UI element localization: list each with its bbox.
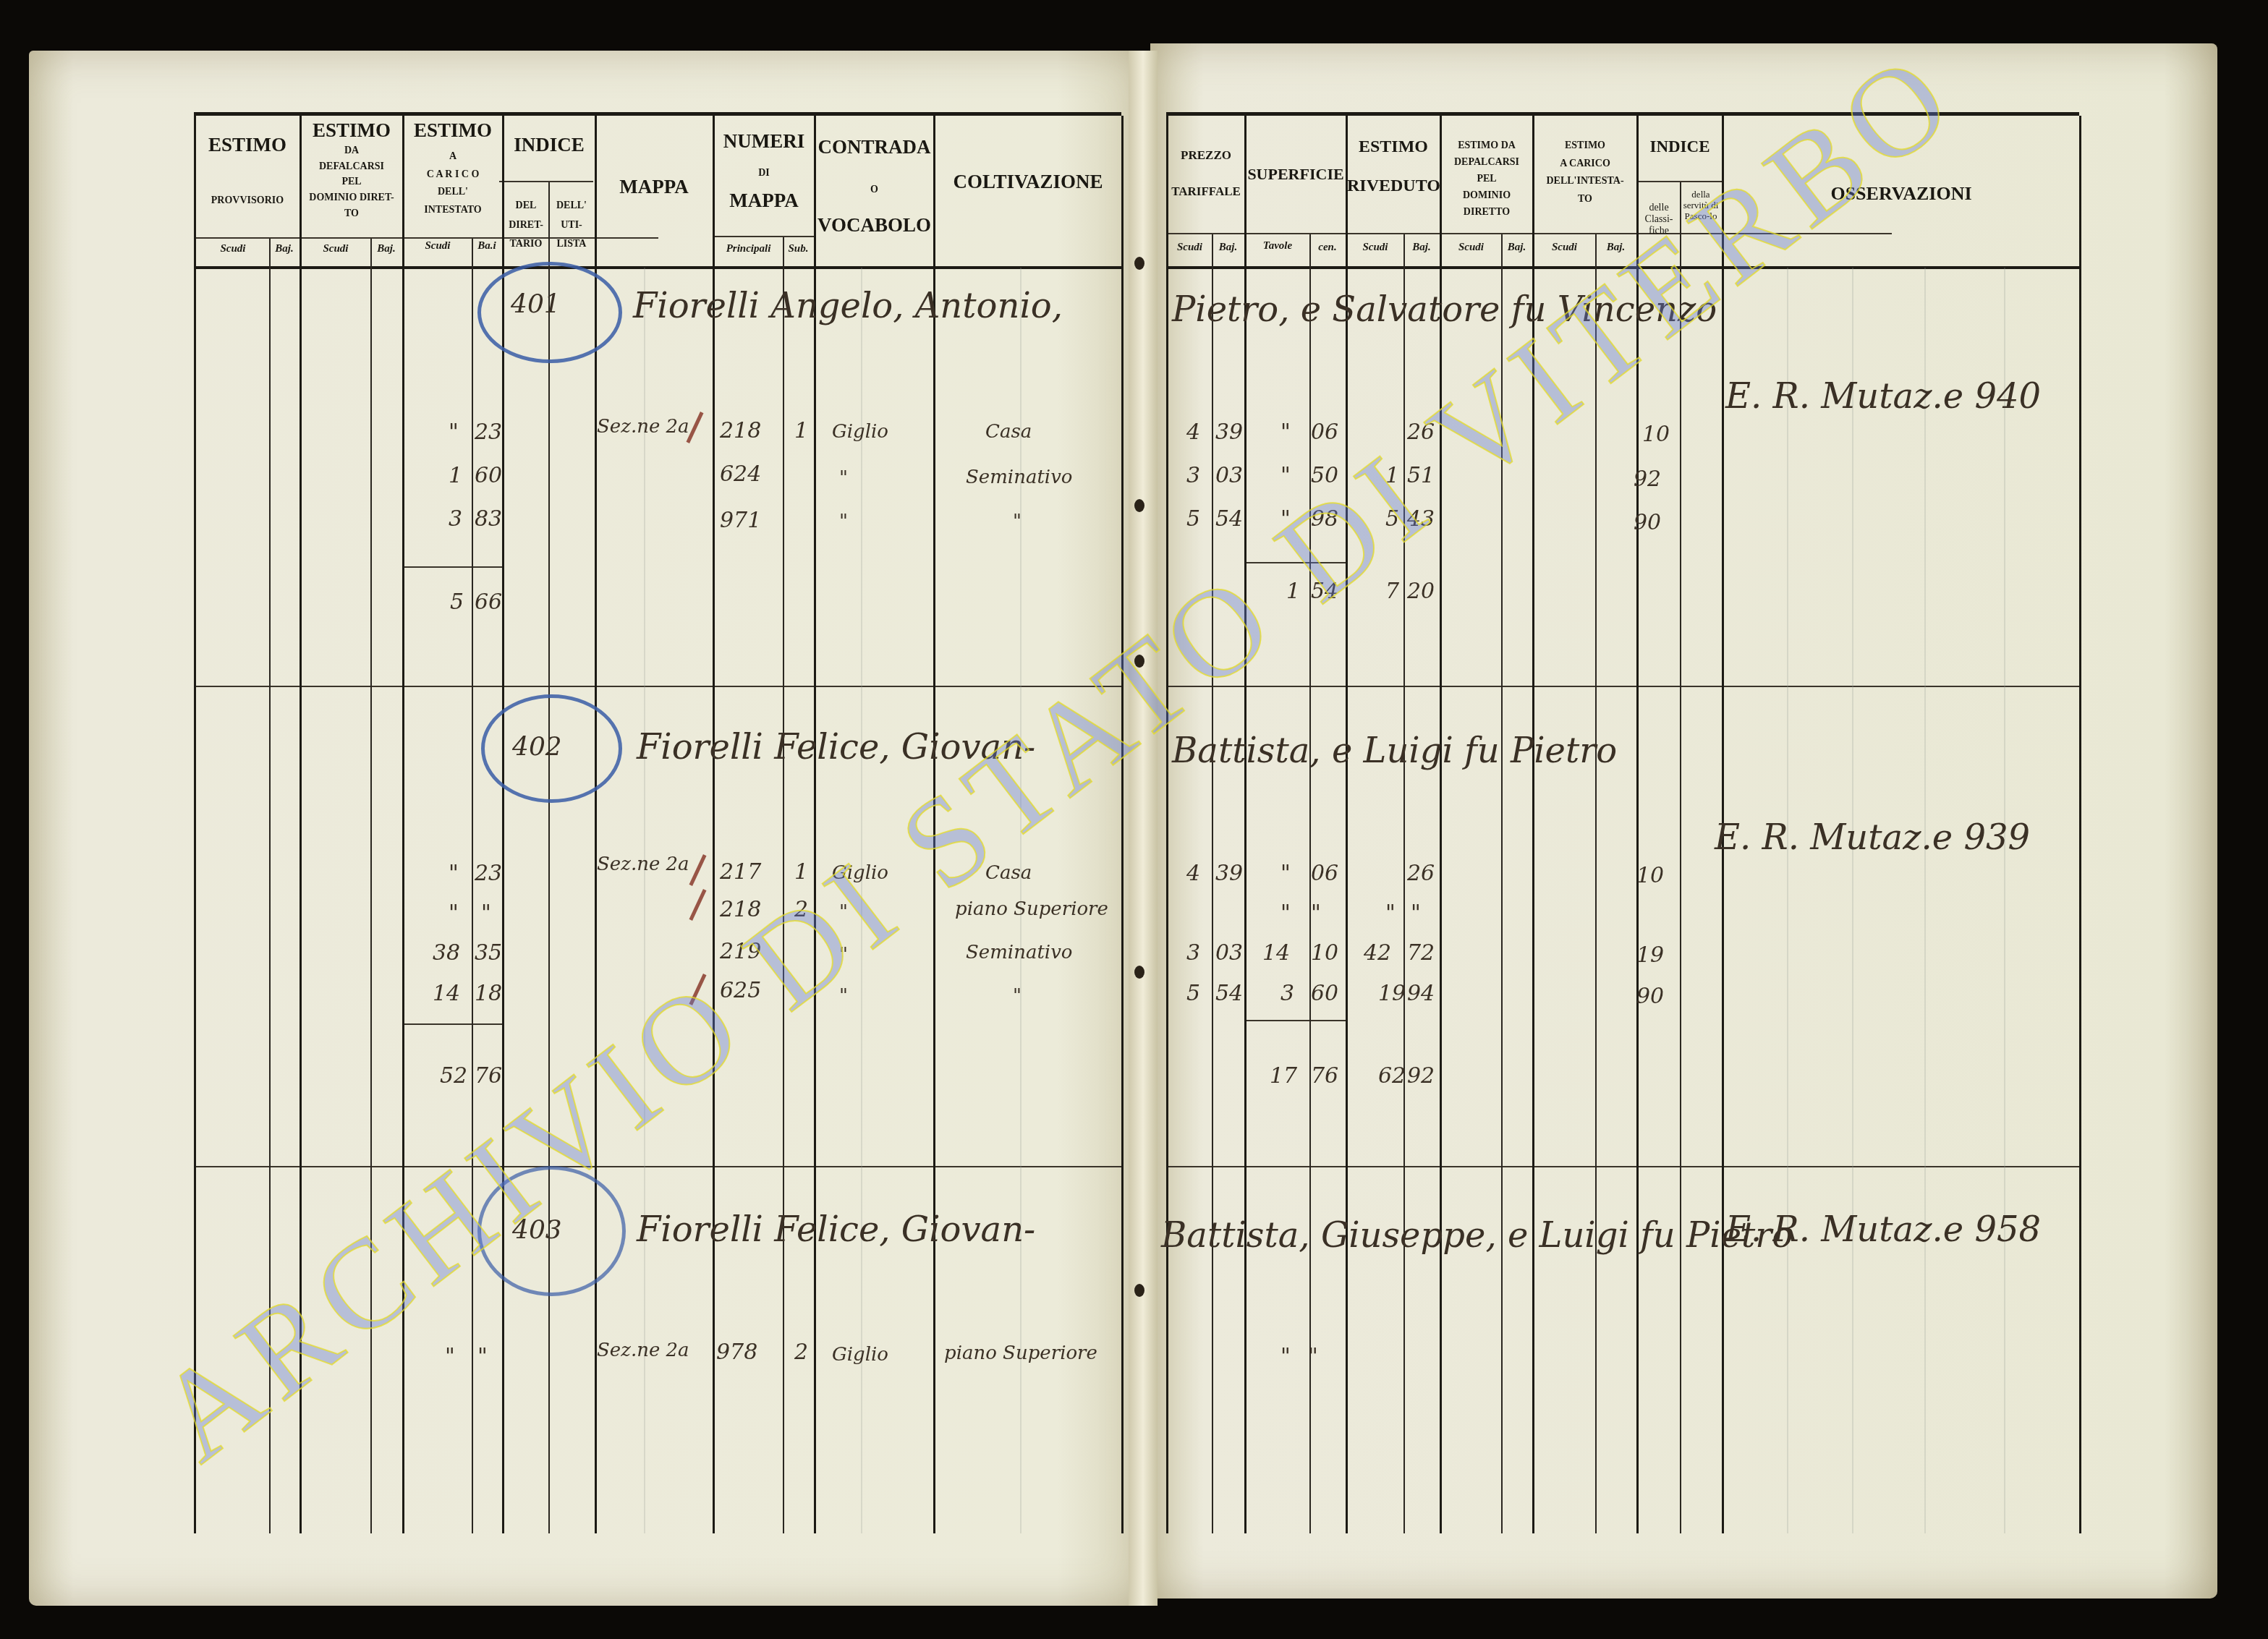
col-scudi: Scudi: [1168, 242, 1212, 254]
col-baj: Baj.: [1403, 242, 1440, 254]
owner-names-left: Fiorelli Felice, Giovan-: [637, 1209, 1035, 1250]
header-estimo-dominio-lines: DA DEFALCARSI PEL DOMINIO DIRET- TO: [301, 143, 402, 221]
header-estimo-dominio-diretto: ESTIMO DA DEPALCARSI PEL DOMINIO DIRETTO: [1441, 137, 1532, 221]
col-scudi: Scudi: [197, 243, 269, 255]
header-coltivazione: COLTIVAZIONE: [935, 171, 1121, 193]
binding-hole: [1134, 655, 1144, 668]
header-estimo-riveduto-subtitle: RIVEDUTO: [1347, 176, 1440, 197]
mappa-section: Sez.ne 2a: [597, 416, 689, 438]
book-spine: [1129, 51, 1158, 1606]
owner-names-right: Battista, e Luigi fu Pietro: [1172, 731, 1617, 771]
col-scudi: Scudi: [301, 243, 370, 255]
binding-hole: [1134, 499, 1144, 512]
observation-note: E. R. Mutaz.e 939: [1715, 817, 2030, 858]
col-scudi: Scudi: [404, 240, 472, 252]
col-baj: Baj.: [370, 243, 402, 255]
header-numeri-title: NUMERI: [714, 130, 814, 153]
header-osservazioni: OSSERVAZIONI: [1723, 183, 2079, 205]
header-mappa: MAPPA: [596, 176, 712, 198]
col-scudi: Scudi: [1534, 242, 1595, 254]
header-superficie: SUPERFICIE: [1246, 165, 1346, 183]
col-baj: Baj.: [1595, 242, 1636, 254]
owner-names-left: Fiorelli Angelo, Antonio,: [633, 286, 1063, 326]
header-estimo-dominio-title: ESTIMO: [301, 119, 402, 142]
col-baj: Ba.i: [472, 240, 502, 252]
owner-names-right: Battista, Giuseppe, e Luigi fu Pietro: [1161, 1215, 1793, 1256]
header-estimo-provvisorio-title: ESTIMO: [197, 134, 298, 156]
col-baj: Baj.: [1501, 242, 1532, 254]
owner-names-right: Pietro, e Salvatore fu Vincenzo: [1172, 289, 1717, 330]
observation-note: E. R. Mutaz.e 958: [1725, 1209, 2041, 1250]
header-contrada-o: O: [815, 184, 933, 196]
header-numeri-di: DI: [714, 168, 814, 179]
col-servitu-pascolo: della servitù di Pasco-lo: [1680, 190, 1722, 222]
col-scudi: Scudi: [1347, 242, 1403, 254]
header-estimo-carico-intestato: ESTIMO A CARICO DELL'INTESTA- TO: [1534, 137, 1636, 208]
col-baj: Baj.: [1212, 242, 1244, 254]
col-principali: Principali: [714, 243, 783, 255]
col-delle-classifiche: delle Classi-fiche: [1638, 203, 1680, 237]
col-sub: Sub.: [783, 243, 814, 255]
header-indice-title: INDICE: [504, 134, 595, 156]
col-tavole: Tavole: [1246, 240, 1309, 252]
header-prezzo-title: PREZZO: [1168, 148, 1244, 163]
header-indice-right: INDICE: [1638, 137, 1722, 156]
header-estimo-intestato-lines: A C A R I C O DELL' INTESTATO: [404, 148, 502, 219]
observation-note: E. R. Mutaz.e 940: [1725, 376, 2041, 417]
col-scudi: Scudi: [1441, 242, 1501, 254]
binding-hole: [1134, 1284, 1144, 1297]
header-prezzo-subtitle: TARIFFALE: [1168, 184, 1244, 199]
header-numeri-mappa: MAPPA: [714, 190, 814, 212]
col-del-direttario: DEL DIRET-TARIO: [504, 197, 548, 255]
entry-number: 401: [511, 289, 561, 319]
header-contrada-title: CONTRADA: [815, 136, 933, 158]
binding-hole: [1134, 257, 1144, 270]
col-baj: Baj.: [269, 243, 300, 255]
binding-hole: [1134, 966, 1144, 979]
mappa-section: Sez.ne 2a: [597, 1340, 689, 1361]
col-dell-utilista: DELL' UTI-LISTA: [548, 197, 595, 255]
entry-number: 403: [512, 1215, 562, 1245]
header-estimo-provvisorio-subtitle: PROVVISORIO: [197, 195, 298, 207]
entry-number: 402: [512, 732, 562, 762]
mappa-section: Sez.ne 2a: [597, 853, 689, 875]
header-estimo-riveduto-title: ESTIMO: [1347, 137, 1440, 158]
owner-names-left: Fiorelli Felice, Giovan-: [637, 727, 1035, 767]
col-cen: cen.: [1309, 242, 1346, 254]
header-contrada-vocabolo: VOCABOLO: [815, 214, 933, 237]
header-estimo-intestato-title: ESTIMO: [404, 119, 502, 142]
